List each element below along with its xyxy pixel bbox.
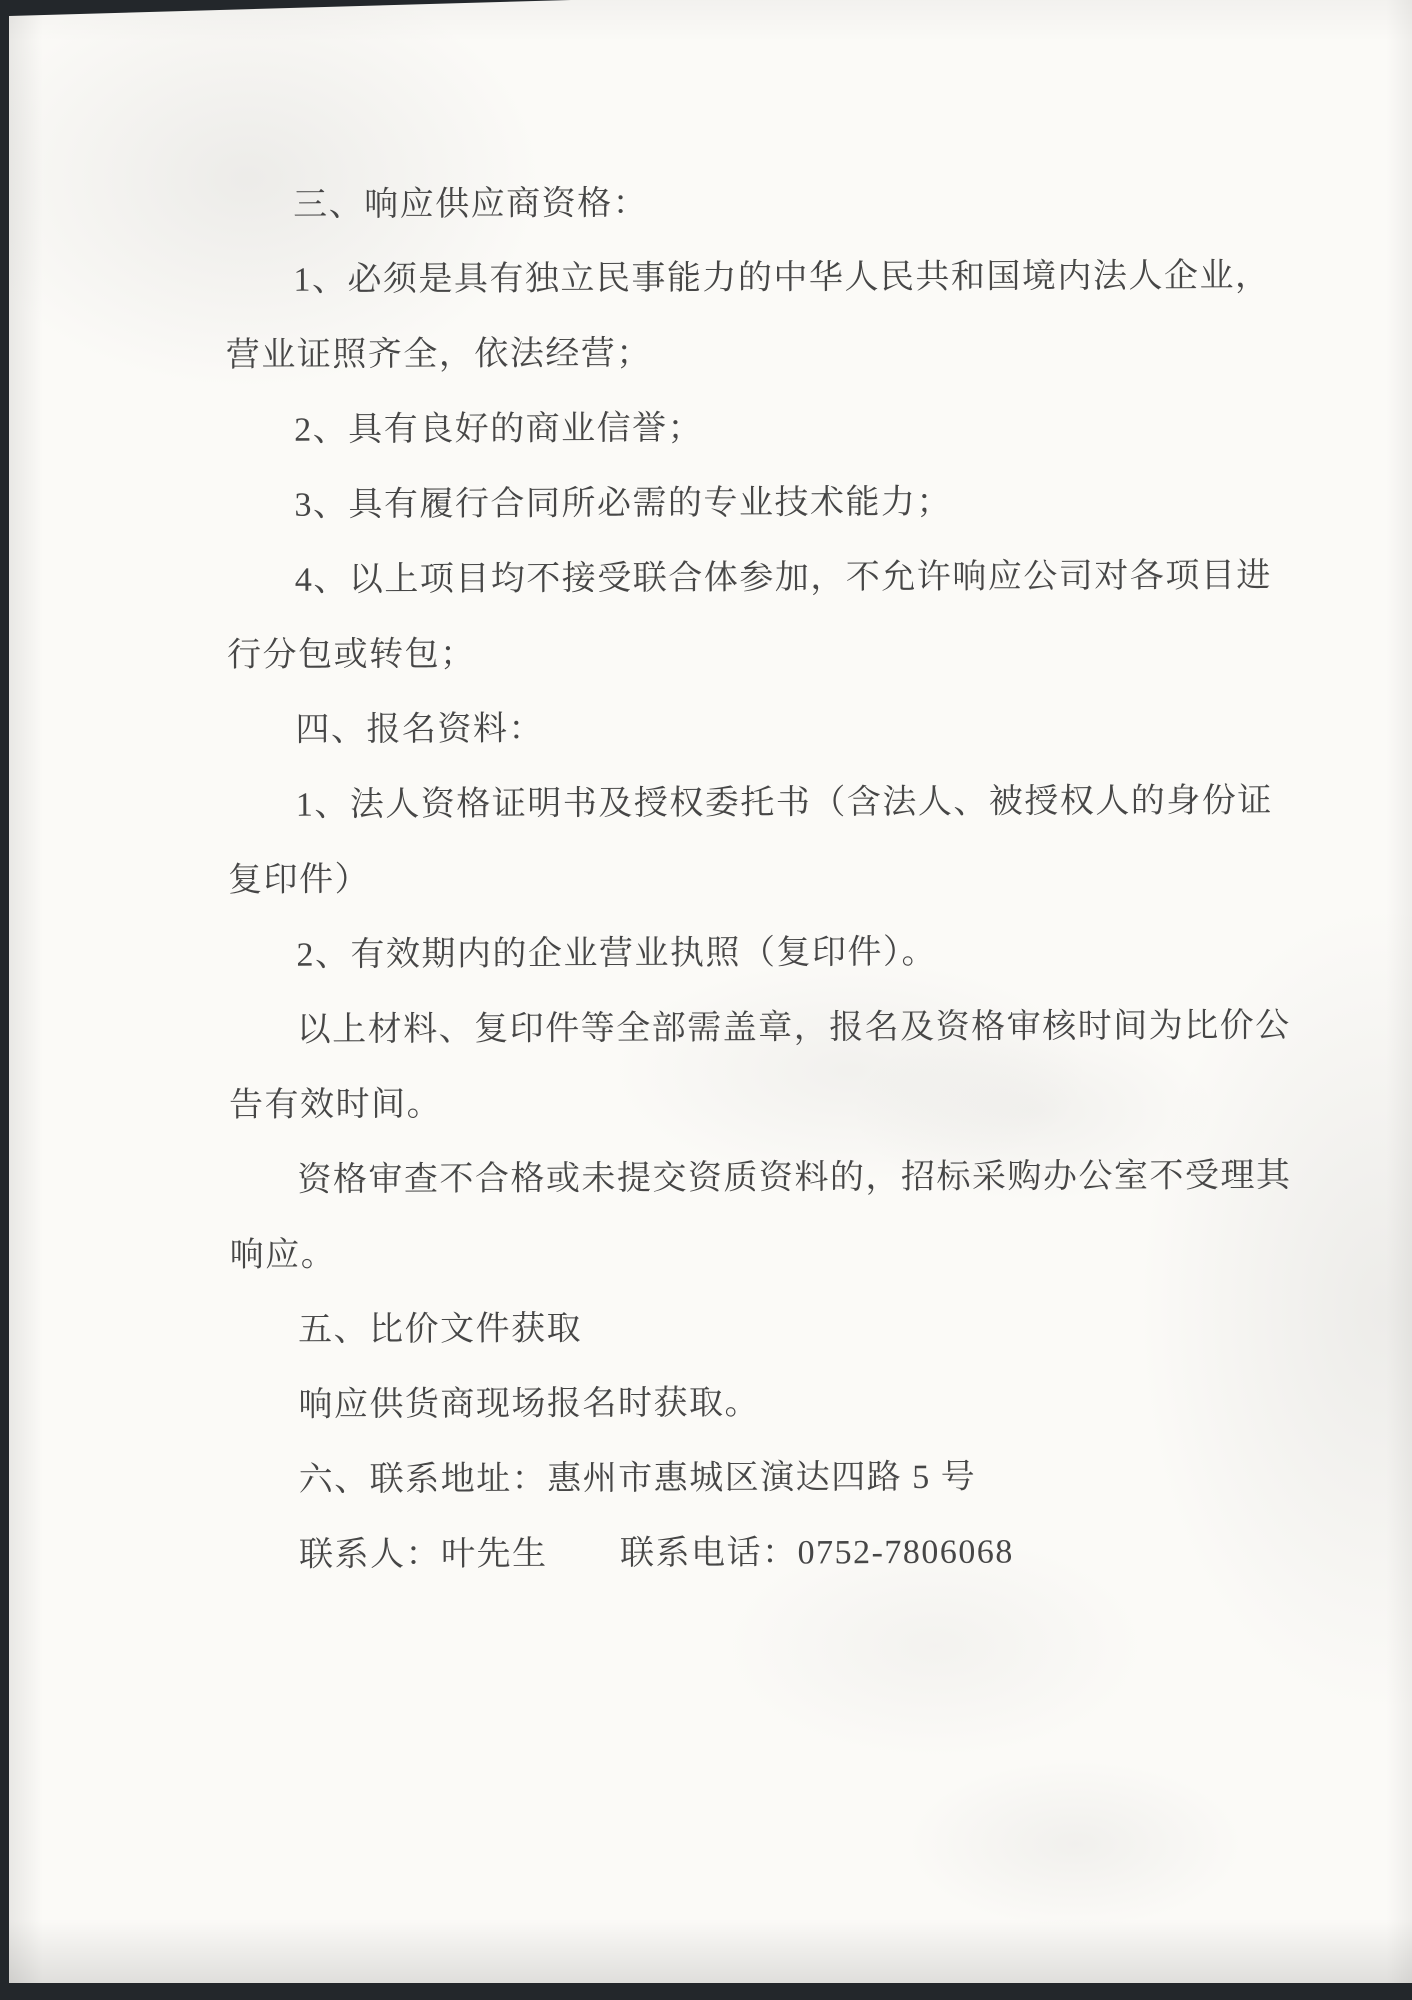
document-line: 资格审查不合格或未提交资质资料的，招标采购办公室不受理其 — [229, 1138, 1386, 1218]
contact-phone: 联系电话：0752-7806068 — [620, 1515, 1014, 1592]
document-line: 4、以上项目均不接受联合体参加，不允许响应公司对各项目进 — [227, 538, 1384, 618]
document-text-block: 三、响应供应商资格：1、必须是具有独立民事能力的中华人民共和国境内法人企业，营业… — [225, 163, 1388, 1593]
document-line: 复印件） — [228, 838, 1385, 918]
document-line: 1、法人资格证明书及授权委托书（含法人、被授权人的身份证 — [228, 763, 1385, 843]
document-line: 以上材料、复印件等全部需盖章，报名及资格审核时间为比价公 — [229, 988, 1386, 1068]
document-line: 六、联系地址：惠州市惠城区演达四路 5 号 — [231, 1438, 1388, 1518]
document-line: 四、报名资料： — [227, 688, 1384, 768]
document-line: 营业证照齐全，依法经营； — [226, 313, 1383, 393]
contact-person: 联系人：叶先生 — [299, 1536, 548, 1574]
document-line: 五、比价文件获取 — [230, 1288, 1387, 1368]
document-line: 2、有效期内的企业营业执照（复印件）。 — [228, 913, 1385, 993]
document-line: 响应。 — [230, 1213, 1387, 1293]
document-line: 三、响应供应商资格： — [225, 163, 1382, 243]
document-line: 3、具有履行合同所必需的专业技术能力； — [226, 463, 1383, 543]
document-line: 告有效时间。 — [229, 1063, 1386, 1143]
document-line: 响应供货商现场报名时获取。 — [230, 1363, 1387, 1443]
document-line: 2、具有良好的商业信誉； — [226, 388, 1383, 468]
document-line: 行分包或转包； — [227, 613, 1384, 693]
document-body: 三、响应供应商资格：1、必须是具有独立民事能力的中华人民共和国境内法人企业，营业… — [225, 163, 1388, 1518]
contact-line: 联系人：叶先生 联系电话：0752-7806068 — [231, 1513, 1388, 1593]
document-line: 1、必须是具有独立民事能力的中华人民共和国境内法人企业， — [225, 238, 1382, 318]
